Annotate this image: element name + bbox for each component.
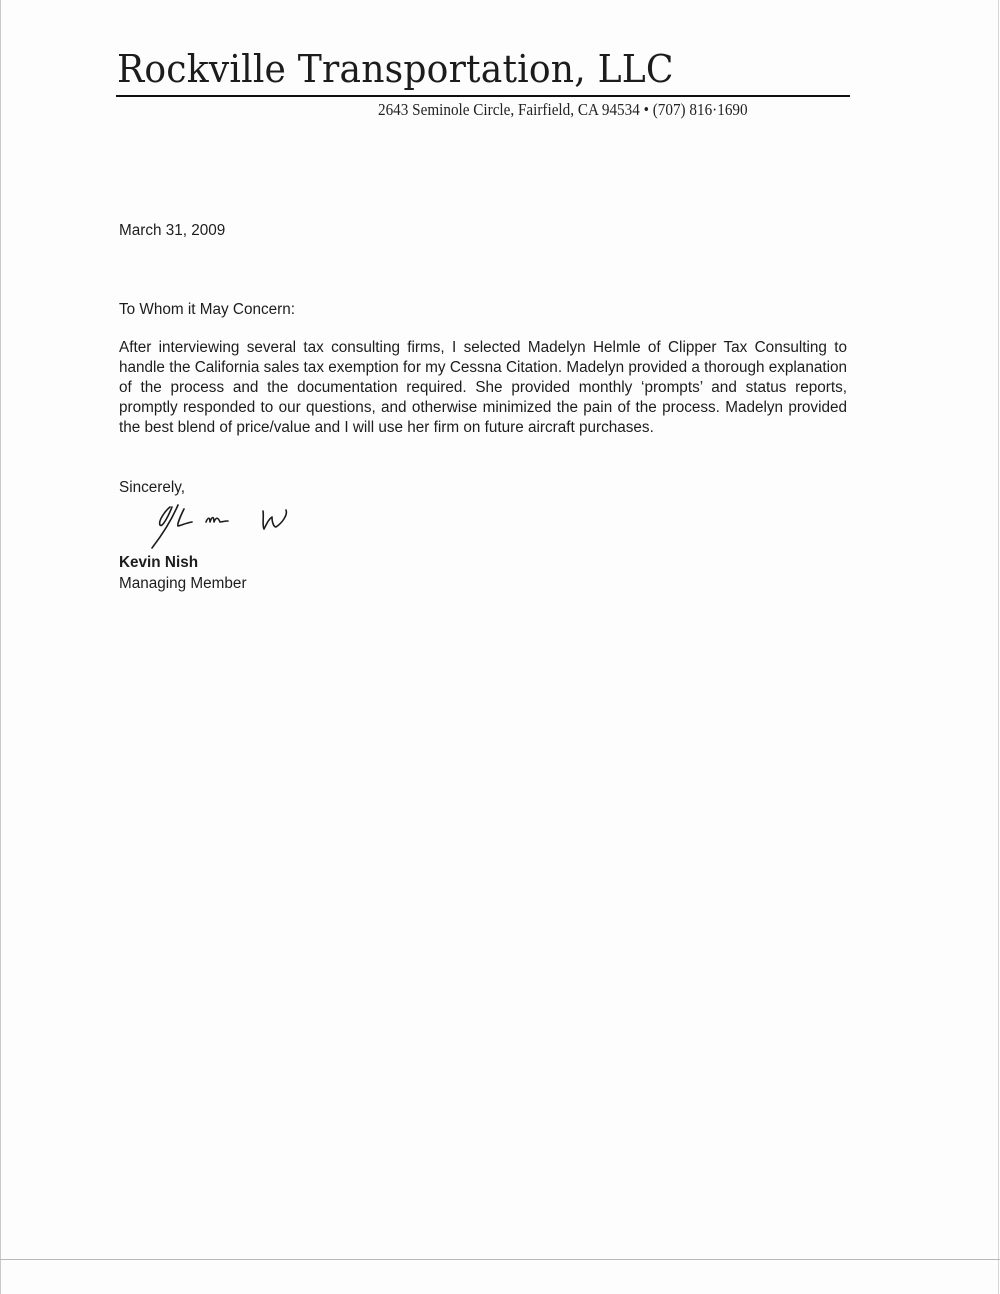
scan-artifact-line [0, 1259, 1000, 1260]
signer-title: Managing Member [119, 574, 247, 594]
company-name: Rockville Transportation, LLC [117, 47, 674, 91]
signature-icon [148, 495, 298, 560]
letterhead-divider [116, 95, 850, 97]
salutation: To Whom it May Concern: [119, 300, 295, 320]
signer-name: Kevin Nish [119, 553, 198, 573]
company-address: 2643 Seminole Circle, Fairfield, CA 9453… [378, 100, 748, 120]
letter-date: March 31, 2009 [119, 221, 225, 241]
page-edge [0, 0, 1, 1294]
page-edge [998, 0, 999, 1294]
letter-body: After interviewing several tax consultin… [119, 338, 847, 438]
